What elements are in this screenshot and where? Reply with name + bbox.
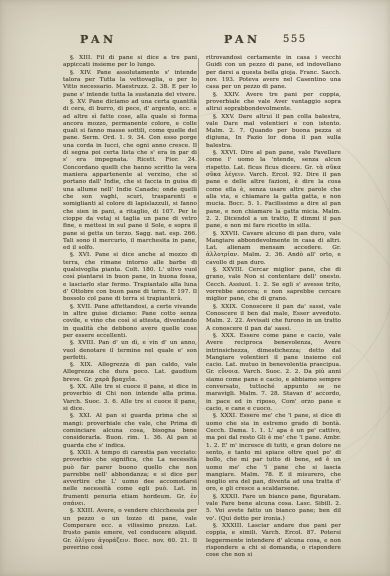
text-column-right: ritrovandosi certamente in casa i vecchi… <box>206 55 341 560</box>
text-block: §. XIII. Fil di pane si dice a tre pani … <box>63 55 341 560</box>
paragraph: §. XIV. Pane assolutamente s' intende ta… <box>63 70 197 99</box>
paragraph: §. XVI. Pane si dice anche al mozzo di t… <box>63 252 197 303</box>
paragraph: §. XXVI. Dire al pan pane, vale Favellar… <box>206 150 341 230</box>
paragraph: §. XXV. Dare altrui il pan colla balestr… <box>206 114 341 151</box>
paragraph: §. XVII. Pane affettandosi, a certe viva… <box>63 304 197 341</box>
paragraph: §. XXXIII. Lasciar andare due pani per c… <box>206 523 341 560</box>
page-number: 555 <box>283 34 307 45</box>
paragraph: §. XIX. Allegrezza di pan caldo, vale Al… <box>63 362 197 384</box>
paragraph: §. XX. Alle tre si cuoce il pane, si dic… <box>63 384 197 413</box>
text-column-left: §. XIII. Fil di pane si dice a tre pani … <box>63 55 197 560</box>
paragraph: §. XXI. Al pan si guarda prima che si ma… <box>63 413 197 450</box>
paragraph: §. XV. Pane diciamo ad una certa quantit… <box>63 99 197 253</box>
paragraph: §. XVIII. Pan d' un dì, e vin d' un anno… <box>63 340 197 362</box>
paragraph: §. XXXII. Fare un bianco pane, figuratam… <box>206 494 341 523</box>
paragraph: §. XXIX. Conoscere il pan da' sassi, val… <box>206 304 341 333</box>
paragraph: §. XXVIII. Cercar miglior pane, che di g… <box>206 267 341 304</box>
running-title-left: PAN <box>80 33 117 46</box>
paragraph: §. XXVII. Cavare alcuno di pan duro, val… <box>206 231 341 268</box>
paragraph: §. XXXI. Essere me' che 'l pane, si dice… <box>206 413 341 493</box>
paragraph: ritrovandosi certamente in casa i vecchi… <box>206 55 341 92</box>
paragraph: §. XXII. A tempo di carestia pan vecciat… <box>63 450 197 509</box>
paragraph: §. XXIII. Avere, o vendere chicchessia p… <box>63 508 197 552</box>
running-title-right: PAN <box>224 33 261 46</box>
paragraph: §. XXX. Essere come pane e cacio, vale A… <box>206 333 341 413</box>
paragraph: §. XXIV. Avere tre pani per coppia, prov… <box>206 92 341 114</box>
scanned-book-page: PAN PAN 555 §. XIII. Fil di pane si dice… <box>0 0 390 576</box>
paragraph: §. XIII. Fil di pane si dice a tre pani … <box>63 55 197 70</box>
